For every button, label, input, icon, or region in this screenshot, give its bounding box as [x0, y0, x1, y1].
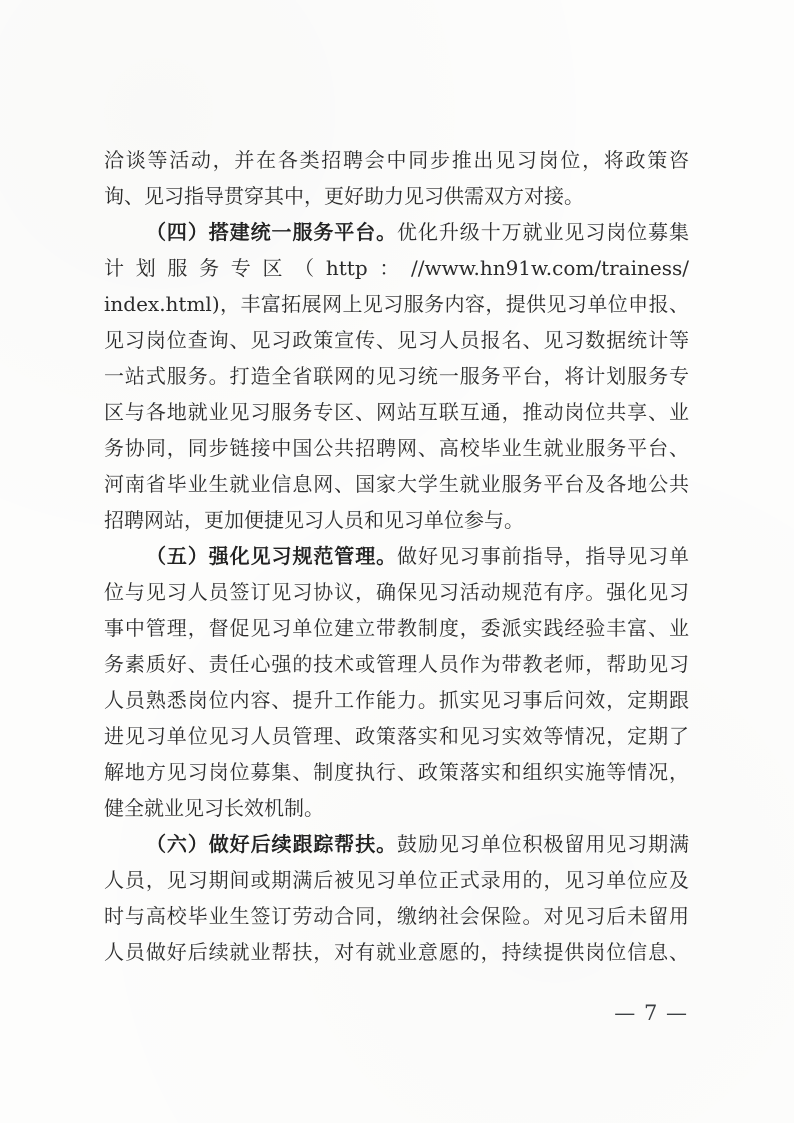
text-run: 见习岗位查询、见习政策宣传、见习人员报名、见习数据统计等	[104, 328, 689, 352]
section-heading: （六）做好后续跟踪帮扶。	[146, 832, 397, 856]
text-run: 解地方见习岗位募集、制度执行、政策落实和组织实施等情况，	[104, 760, 689, 784]
text-run: 人员，见习期间或期满后被见习单位正式录用的，见习单位应及	[104, 868, 689, 892]
text-line: （六）做好后续跟踪帮扶。鼓励见习单位积极留用见习期满	[104, 826, 689, 862]
text-line: （五）强化见习规范管理。做好见习事前指导，指导见习单	[104, 538, 689, 574]
text-run: 健全就业见习长效机制。	[104, 796, 324, 820]
text-run: 河南省毕业生就业信息网、国家大学生就业服务平台及各地公共	[104, 472, 689, 496]
text-run: 位与见习人员签订见习协议，确保见习活动规范有序。强化见习	[104, 580, 689, 604]
text-line: 解地方见习岗位募集、制度执行、政策落实和组织实施等情况，	[104, 754, 689, 790]
text-line: 人员熟悉岗位内容、提升工作能力。抓实见习事后问效，定期跟	[104, 682, 689, 718]
text-line: 河南省毕业生就业信息网、国家大学生就业服务平台及各地公共	[104, 466, 689, 502]
text-line: 人员，见习期间或期满后被见习单位正式录用的，见习单位应及	[104, 862, 689, 898]
text-line: 健全就业见习长效机制。	[104, 790, 689, 826]
page-number: — 7 —	[614, 999, 688, 1027]
text-run: 进见习单位见习人员管理、政策落实和见习实效等情况，定期了	[104, 724, 689, 748]
section-heading: （四）搭建统一服务平台。	[146, 220, 397, 244]
text-line: 事中管理，督促见习单位建立带教制度，委派实践经验丰富、业	[104, 610, 689, 646]
text-run: 做好见习事前指导，指导见习单	[397, 544, 689, 568]
text-line: 务协同，同步链接中国公共招聘网、高校毕业生就业服务平台、	[104, 430, 689, 466]
text-run: 招聘网站，更加便捷见习人员和见习单位参与。	[104, 508, 524, 532]
text-run: 人员熟悉岗位内容、提升工作能力。抓实见习事后问效，定期跟	[104, 688, 689, 712]
text-run: 务协同，同步链接中国公共招聘网、高校毕业生就业服务平台、	[104, 436, 689, 460]
text-line: index.html)，丰富拓展网上见习服务内容，提供见习单位申报、	[104, 286, 689, 322]
text-line: 见习岗位查询、见习政策宣传、见习人员报名、见习数据统计等	[104, 322, 689, 358]
section-heading: （五）强化见习规范管理。	[146, 544, 397, 568]
text-line: 招聘网站，更加便捷见习人员和见习单位参与。	[104, 502, 689, 538]
text-line: 计划服务专区（http：//www.hn91w.com/trainess/	[104, 250, 689, 286]
document-page: 洽谈等活动，并在各类招聘会中同步推出见习岗位，将政策咨询、见习指导贯穿其中，更好…	[0, 0, 794, 1123]
text-line: 洽谈等活动，并在各类招聘会中同步推出见习岗位，将政策咨	[104, 142, 689, 178]
text-line: 区与各地就业见习服务专区、网站互联互通，推动岗位共享、业	[104, 394, 689, 430]
text-run: 洽谈等活动，并在各类招聘会中同步推出见习岗位，将政策咨	[104, 148, 689, 172]
text-run: 时与高校毕业生签订劳动合同，缴纳社会保险。对见习后未留用	[104, 904, 689, 928]
document-body: 洽谈等活动，并在各类招聘会中同步推出见习岗位，将政策咨询、见习指导贯穿其中，更好…	[104, 142, 689, 970]
text-run: 区与各地就业见习服务专区、网站互联互通，推动岗位共享、业	[104, 400, 689, 424]
text-run: 人员做好后续就业帮扶，对有就业意愿的，持续提供岗位信息、	[104, 940, 689, 964]
text-line: 一站式服务。打造全省联网的见习统一服务平台，将计划服务专	[104, 358, 689, 394]
text-line: 询、见习指导贯穿其中，更好助力见习供需双方对接。	[104, 178, 689, 214]
text-run: 务素质好、责任心强的技术或管理人员作为带教老师，帮助见习	[104, 652, 689, 676]
text-line: 位与见习人员签订见习协议，确保见习活动规范有序。强化见习	[104, 574, 689, 610]
text-line: （四）搭建统一服务平台。优化升级十万就业见习岗位募集	[104, 214, 689, 250]
text-run: 事中管理，督促见习单位建立带教制度，委派实践经验丰富、业	[104, 616, 689, 640]
text-run: index.html)，丰富拓展网上见习服务内容，提供见习单位申报、	[104, 292, 689, 316]
text-line: 时与高校毕业生签订劳动合同，缴纳社会保险。对见习后未留用	[104, 898, 689, 934]
text-run: 计划服务专区（http：//www.hn91w.com/trainess/	[104, 256, 689, 280]
text-run: 鼓励见习单位积极留用见习期满	[397, 832, 689, 856]
text-line: 务素质好、责任心强的技术或管理人员作为带教老师，帮助见习	[104, 646, 689, 682]
text-line: 进见习单位见习人员管理、政策落实和见习实效等情况，定期了	[104, 718, 689, 754]
text-run: 优化升级十万就业见习岗位募集	[397, 220, 689, 244]
text-run: 询、见习指导贯穿其中，更好助力见习供需双方对接。	[104, 184, 584, 208]
text-run: 一站式服务。打造全省联网的见习统一服务平台，将计划服务专	[104, 364, 689, 388]
text-line: 人员做好后续就业帮扶，对有就业意愿的，持续提供岗位信息、	[104, 934, 689, 970]
